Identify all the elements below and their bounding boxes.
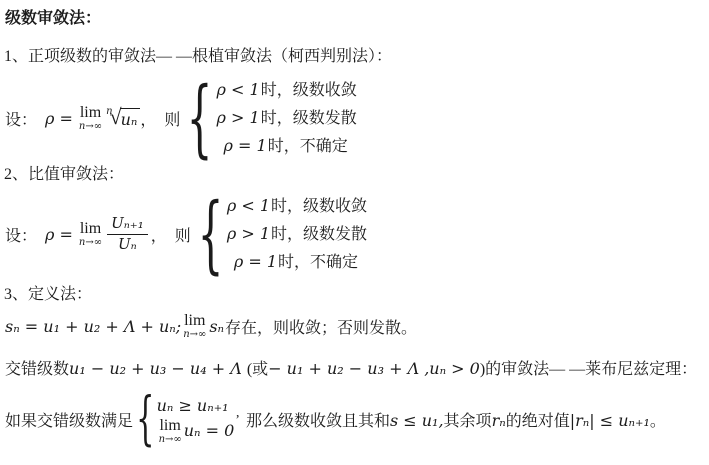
alternating-series-1: u₁ − u₂ + u₃ − u₄ + Λ bbox=[69, 359, 247, 378]
limit-condition: lim n→∞ uₙ = 0 bbox=[157, 418, 235, 445]
case-result: 时，级数发散 bbox=[271, 226, 367, 243]
rho-equals: ρ = bbox=[45, 225, 73, 244]
leibniz-conclusion: 那么级数收敛且其和s ≤ u₁,其余项rₙ的绝对值|rₙ| ≤ uₙ₊₁。 bbox=[246, 408, 666, 431]
partial-sum-expression: sₙ = u₁ + u₂ + Λ + uₙ; bbox=[5, 317, 181, 336]
then-label: 则 bbox=[164, 107, 180, 130]
limit-operator: lim n→∞ bbox=[79, 105, 102, 132]
case-condition: ρ < 1 bbox=[227, 196, 270, 215]
doc-title: 级数审敛法： bbox=[5, 8, 705, 28]
period: 。 bbox=[650, 413, 666, 430]
case-condition: ρ > 1 bbox=[217, 108, 260, 127]
document-page: 级数审敛法： 1、正项级数的审敛法— —根植审敛法（柯西判别法）： 设： ρ =… bbox=[0, 0, 709, 465]
ratio-test-formula: 设： ρ = lim n→∞ Uₙ₊₁ Uₙ ， 则 { ρ < 1时，级数收敛… bbox=[5, 192, 705, 276]
section2-heading: 2、比值审敛法： bbox=[4, 164, 705, 186]
case-condition: ρ < 1 bbox=[217, 80, 260, 99]
cases-list: ρ < 1时，级数收敛 ρ > 1时，级数发散 ρ = 1时，不确定 bbox=[227, 192, 367, 276]
cases-brace-icon: { bbox=[187, 72, 213, 163]
section1-heading: 1、正项级数的审敛法— —根植审敛法（柯西判别法）： bbox=[4, 46, 705, 68]
definition-conclusion: 存在，则收敛；否则发散。 bbox=[225, 315, 417, 338]
she-label: 设： bbox=[5, 223, 37, 246]
conclusion-text-1: 那么级数收敛且其和 bbox=[246, 413, 390, 430]
lim-text: lim bbox=[80, 105, 101, 121]
comma: ， bbox=[151, 223, 167, 246]
lim-subscript: n→∞ bbox=[183, 330, 206, 340]
case-row: ρ < 1时，级数收敛 bbox=[217, 76, 357, 104]
paren-open: (或 bbox=[247, 361, 268, 378]
case-row: ρ = 1时，不确定 bbox=[217, 132, 357, 160]
case-result: 时，级数收敛 bbox=[261, 82, 357, 99]
case-result: 时，级数发散 bbox=[261, 110, 357, 127]
lim-subscript: n→∞ bbox=[79, 122, 102, 132]
case-row: ρ > 1时，级数发散 bbox=[227, 220, 367, 248]
then-label: 则 bbox=[175, 223, 191, 246]
fraction-denominator: Uₙ bbox=[118, 235, 137, 253]
limit-operator: lim n→∞ bbox=[183, 313, 206, 340]
conclusion-text-3: 的绝对值 bbox=[506, 413, 570, 430]
alternating-series-2: − u₁ + u₂ − u₃ + Λ ,uₙ > 0 bbox=[268, 359, 480, 378]
section3-heading: 3、定义法： bbox=[4, 284, 705, 306]
case-condition: ρ > 1 bbox=[227, 224, 270, 243]
leibniz-title: )的审敛法— —莱布尼兹定理： bbox=[480, 361, 697, 378]
cases-brace-icon: { bbox=[197, 188, 223, 279]
case-condition: ρ = 1 bbox=[234, 252, 277, 271]
conditions-brace-icon: { bbox=[136, 385, 154, 452]
case-row: ρ > 1时，级数发散 bbox=[217, 104, 357, 132]
case-condition: ρ = 1 bbox=[224, 136, 267, 155]
limit-operator: lim n→∞ bbox=[159, 418, 182, 445]
sn-symbol: sₙ bbox=[209, 317, 224, 336]
fraction-numerator: Uₙ₊₁ bbox=[107, 215, 148, 234]
case-row: ρ = 1时，不确定 bbox=[227, 248, 367, 276]
sum-bound: s ≤ u₁, bbox=[390, 411, 444, 430]
leibniz-theorem-row: 如果交错级数满足 { uₙ ≥ uₙ₊₁ lim n→∞ uₙ = 0 ’ 那么… bbox=[5, 391, 705, 447]
monotone-condition: uₙ ≥ uₙ₊₁ bbox=[157, 394, 235, 418]
remainder-symbol: rₙ bbox=[492, 411, 506, 430]
cases-list: ρ < 1时，级数收敛 ρ > 1时，级数发散 ρ = 1时，不确定 bbox=[217, 76, 357, 160]
definition-formula: sₙ = u₁ + u₂ + Λ + uₙ; lim n→∞ sₙ 存在，则收敛… bbox=[5, 308, 705, 344]
alternating-intro: 交错级数 bbox=[5, 361, 69, 378]
lim-text: lim bbox=[159, 418, 180, 434]
lim-text: lim bbox=[80, 221, 101, 237]
rho-equals: ρ = bbox=[45, 109, 73, 128]
radicand: uₙ bbox=[120, 108, 141, 129]
conditions-list: uₙ ≥ uₙ₊₁ lim n→∞ uₙ = 0 bbox=[157, 394, 235, 445]
radical-sign-icon: √ bbox=[110, 108, 122, 126]
nth-root: n √ uₙ bbox=[106, 108, 140, 129]
comma: ， bbox=[140, 107, 156, 130]
remainder-bound: |rₙ| ≤ uₙ₊₁ bbox=[570, 411, 650, 430]
leibniz-prefix: 如果交错级数满足 bbox=[5, 408, 133, 431]
lim-text: lim bbox=[184, 313, 205, 329]
lim-subscript: n→∞ bbox=[79, 238, 102, 248]
alternating-series-line: 交错级数u₁ − u₂ + u₃ − u₄ + Λ (或− u₁ + u₂ − … bbox=[5, 354, 705, 385]
limit-operator: lim n→∞ bbox=[79, 221, 102, 248]
she-label: 设： bbox=[5, 107, 37, 130]
ratio-fraction: Uₙ₊₁ Uₙ bbox=[107, 215, 148, 253]
case-result: 时，不确定 bbox=[268, 138, 348, 155]
conclusion-text-2: 其余项 bbox=[444, 413, 492, 430]
case-row: ρ < 1时，级数收敛 bbox=[227, 192, 367, 220]
limit-zero-expression: uₙ = 0 bbox=[184, 418, 235, 444]
case-result: 时，级数收敛 bbox=[271, 198, 367, 215]
case-result: 时，不确定 bbox=[278, 254, 358, 271]
root-test-formula: 设： ρ = lim n→∞ n √ uₙ ， 则 { ρ < 1时，级数收敛 … bbox=[5, 76, 705, 160]
prime-mark: ’ bbox=[235, 413, 240, 429]
lim-subscript: n→∞ bbox=[159, 435, 182, 445]
